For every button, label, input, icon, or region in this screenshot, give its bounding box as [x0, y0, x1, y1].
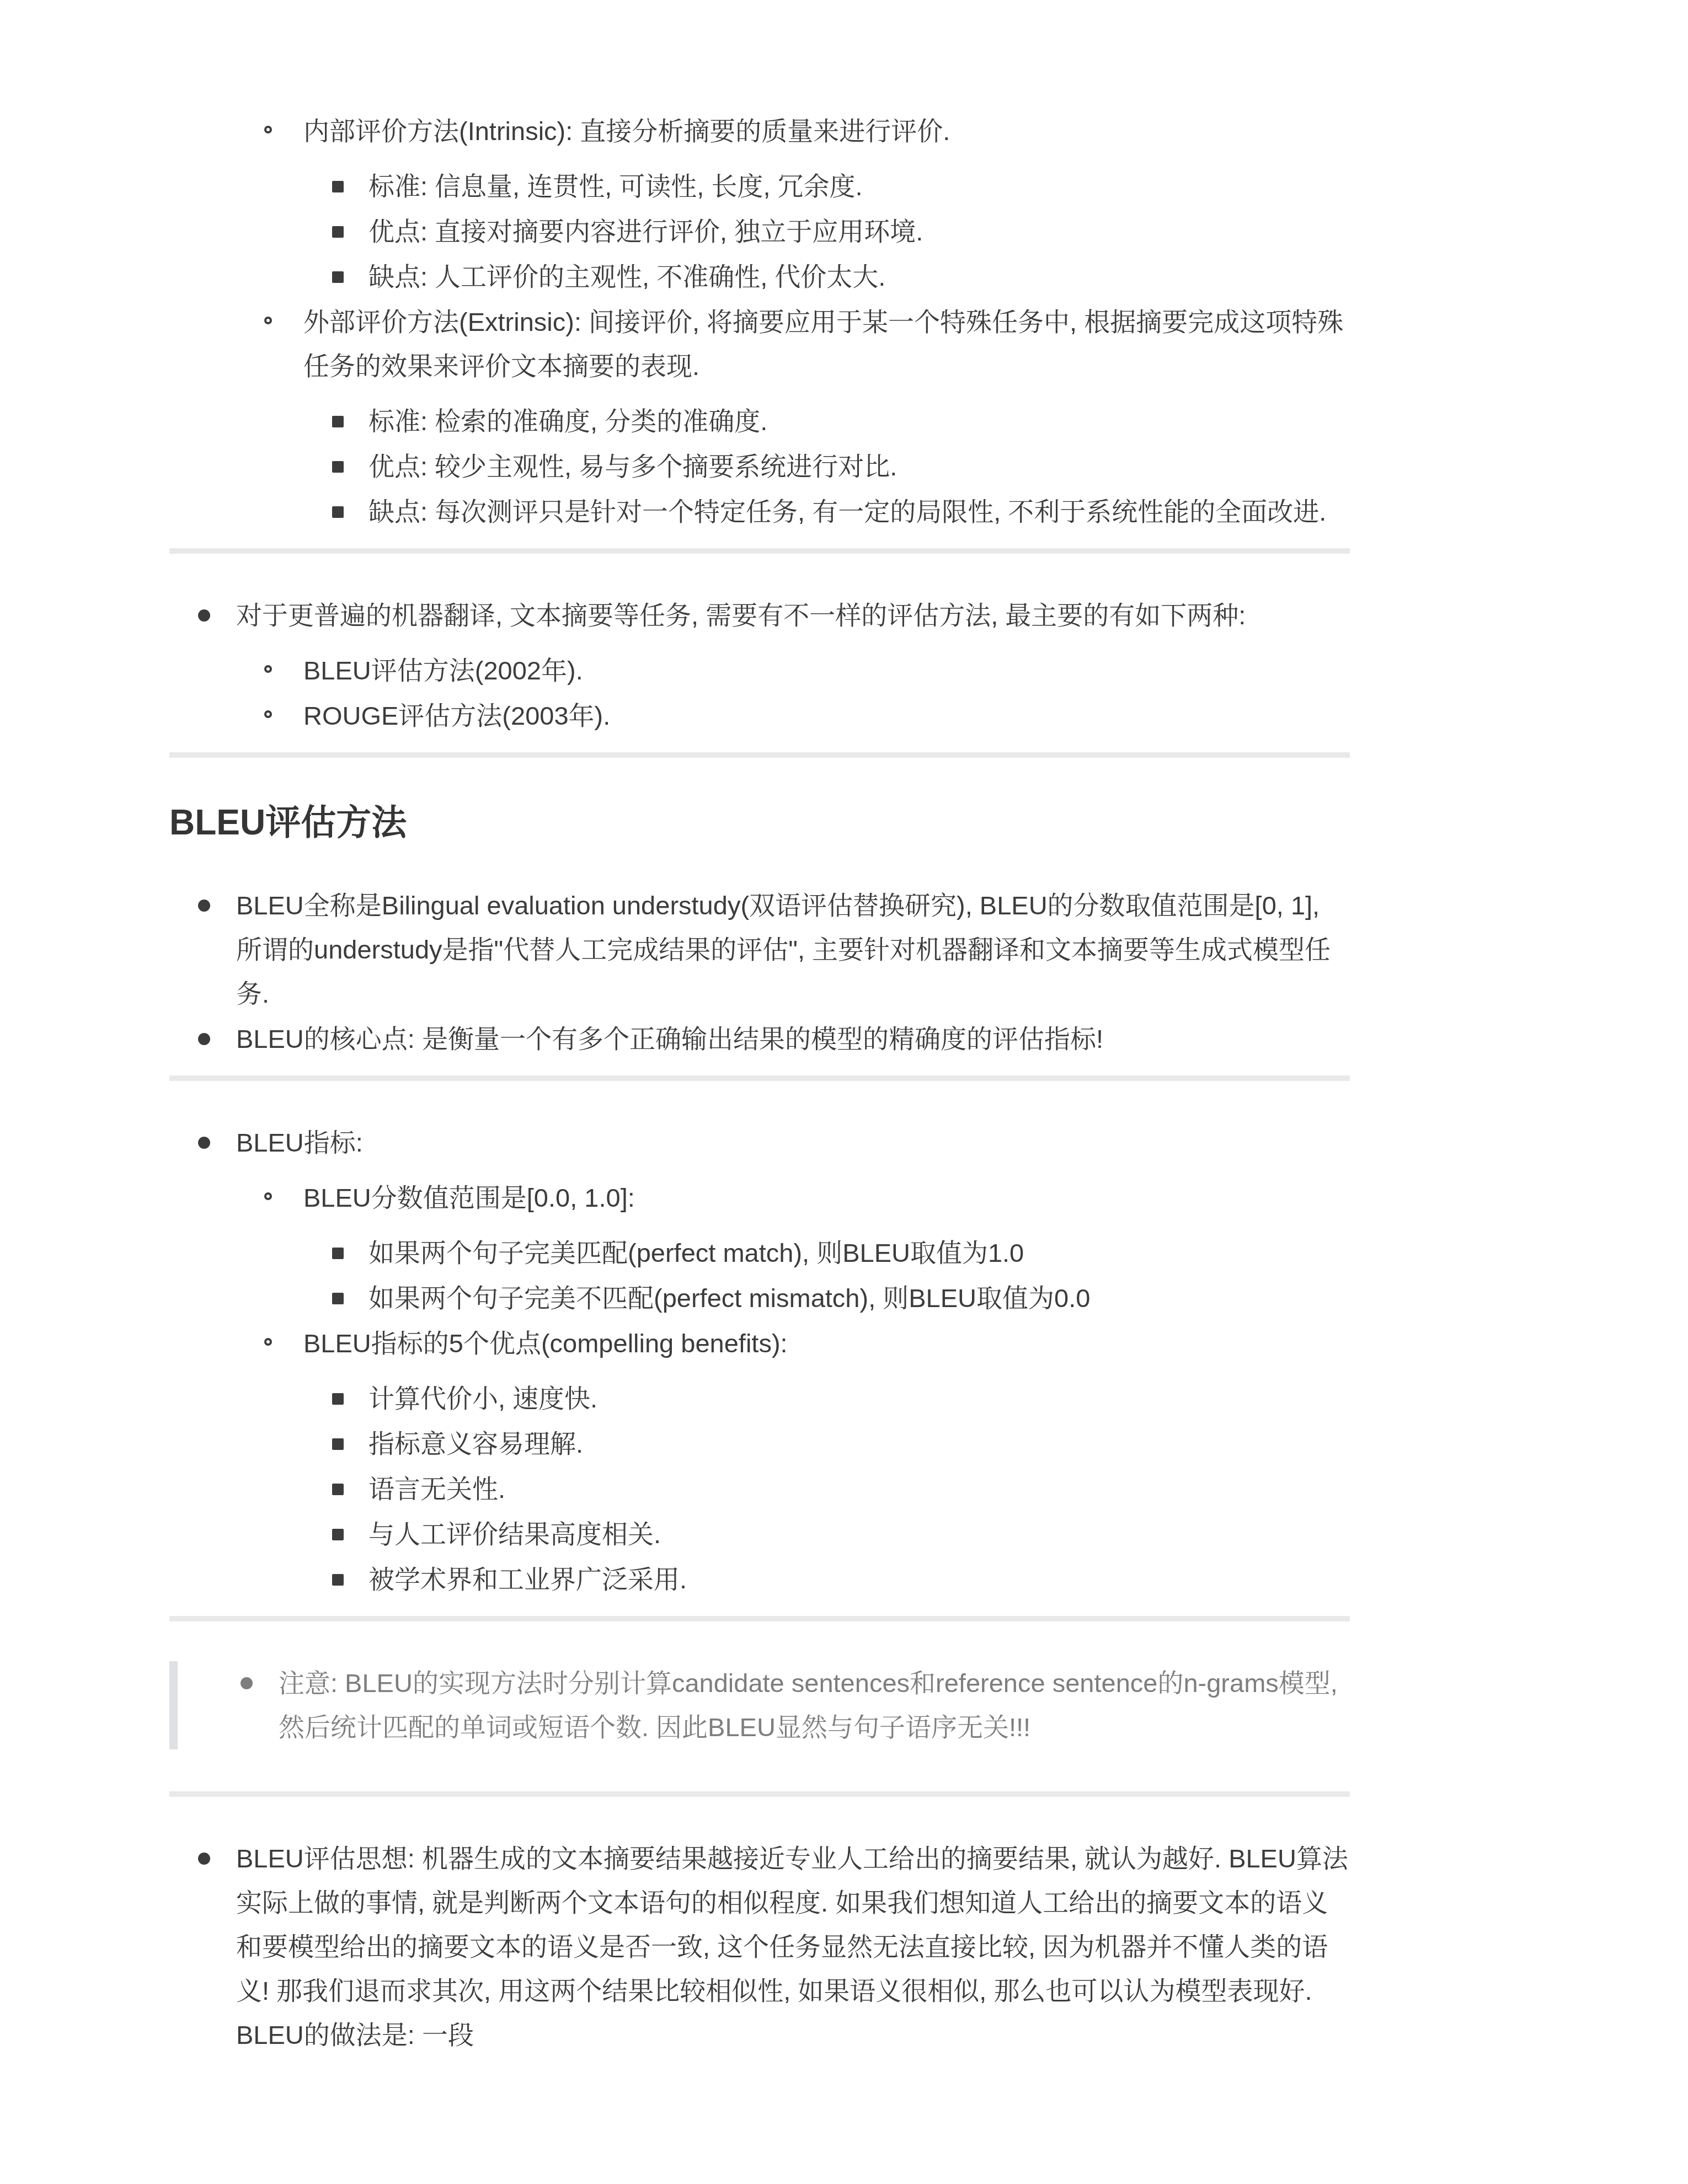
list-item: 优点: 直接对摘要内容进行评价, 独立于应用环境.	[303, 210, 1350, 254]
bleu-intro-list: BLEU全称是Bilingual evaluation understudy(双…	[169, 884, 1350, 1061]
list-item-rouge-method: ROUGE评估方法(2003年).	[236, 694, 1350, 738]
circle-bullet-icon	[264, 126, 272, 133]
list-item-bleu-idea: BLEU评估思想: 机器生成的文本摘要结果越接近专业人工给出的摘要结果, 就认为…	[169, 1837, 1350, 2057]
list-item-text: BLEU全称是Bilingual evaluation understudy(双…	[236, 891, 1331, 1008]
list-item-text: BLEU指标:	[236, 1128, 363, 1157]
disc-bullet-icon	[198, 900, 210, 912]
list-item-text: 缺点: 每次测评只是针对一个特定任务, 有一定的局限性, 不利于系统性能的全面改…	[368, 497, 1326, 526]
list-item-text: 如果两个句子完美不匹配(perfect mismatch), 则BLEU取值为0…	[368, 1283, 1090, 1313]
list-item-text: BLEU评估方法(2002年).	[303, 656, 583, 685]
list-item: 与人工评价结果高度相关.	[303, 1512, 1350, 1556]
disc-bullet-icon	[198, 1853, 210, 1865]
list-item-text: 标准: 信息量, 连贯性, 可读性, 长度, 冗余度.	[368, 172, 863, 201]
evaluation-methods-list: 内部评价方法(Intrinsic): 直接分析摘要的质量来进行评价. 标准: 信…	[169, 109, 1350, 534]
circle-bullet-icon	[264, 710, 272, 718]
list-item-text: BLEU的核心点: 是衡量一个有多个正确输出结果的模型的精确度的评估指标!	[236, 1024, 1103, 1053]
circle-bullet-icon	[264, 317, 272, 324]
square-bullet-icon	[332, 1438, 344, 1450]
square-bullet-icon	[332, 416, 344, 427]
intrinsic-sublist: 标准: 信息量, 连贯性, 可读性, 长度, 冗余度. 优点: 直接对摘要内容进…	[303, 164, 1350, 299]
divider	[169, 1791, 1350, 1797]
list-item-benefits: BLEU指标的5个优点(compelling benefits): 计算代价小,…	[236, 1321, 1350, 1602]
overview-list: 对于更普遍的机器翻译, 文本摘要等任务, 需要有不一样的评估方法, 最主要的有如…	[169, 593, 1350, 738]
divider	[169, 1075, 1350, 1081]
bleu-metric-list: BLEU指标: BLEU分数值范围是[0.0, 1.0]: 如果两个句子完美匹配…	[169, 1121, 1350, 1602]
list-item-text: BLEU评估思想: 机器生成的文本摘要结果越接近专业人工给出的摘要结果, 就认为…	[236, 1844, 1348, 2049]
list-item: 标准: 信息量, 连贯性, 可读性, 长度, 冗余度.	[303, 164, 1350, 208]
list-item-bleu-method: BLEU评估方法(2002年).	[236, 649, 1350, 693]
metric-sublist: BLEU分数值范围是[0.0, 1.0]: 如果两个句子完美匹配(perfect…	[236, 1176, 1350, 1602]
section-heading-bleu: BLEU评估方法	[169, 797, 1350, 847]
disc-bullet-icon	[241, 1677, 253, 1689]
list-item-bleu-fullname: BLEU全称是Bilingual evaluation understudy(双…	[169, 884, 1350, 1016]
square-bullet-icon	[332, 1248, 344, 1259]
extrinsic-sublist: 标准: 检索的准确度, 分类的准确度. 优点: 较少主观性, 易与多个摘要系统进…	[303, 399, 1350, 534]
list-item-score-range: BLEU分数值范围是[0.0, 1.0]: 如果两个句子完美匹配(perfect…	[236, 1176, 1350, 1320]
list-item: 标准: 检索的准确度, 分类的准确度.	[303, 399, 1350, 443]
benefits-sublist: 计算代价小, 速度快. 指标意义容易理解. 语言无关性. 与人工评价结	[303, 1377, 1350, 1602]
list-item-text: BLEU指标的5个优点(compelling benefits):	[303, 1329, 788, 1358]
list-item-text: BLEU分数值范围是[0.0, 1.0]:	[303, 1183, 635, 1212]
square-bullet-icon	[332, 1293, 344, 1304]
square-bullet-icon	[332, 1574, 344, 1586]
list-item-extrinsic: 外部评价方法(Extrinsic): 间接评价, 将摘要应用于某一个特殊任务中,…	[169, 300, 1350, 534]
disc-bullet-icon	[198, 1137, 210, 1149]
list-item: 优点: 较少主观性, 易与多个摘要系统进行对比.	[303, 445, 1350, 489]
list-item: 如果两个句子完美不匹配(perfect mismatch), 则BLEU取值为0…	[303, 1276, 1350, 1320]
list-item-text: 对于更普遍的机器翻译, 文本摘要等任务, 需要有不一样的评估方法, 最主要的有如…	[236, 601, 1246, 630]
range-sublist: 如果两个句子完美匹配(perfect match), 则BLEU取值为1.0 如…	[303, 1231, 1350, 1320]
list-item: 被学术界和工业界广泛采用.	[303, 1557, 1350, 1602]
list-item-bleu-metric: BLEU指标: BLEU分数值范围是[0.0, 1.0]: 如果两个句子完美匹配…	[169, 1121, 1350, 1602]
bleu-idea-list: BLEU评估思想: 机器生成的文本摘要结果越接近专业人工给出的摘要结果, 就认为…	[169, 1837, 1350, 2057]
list-item-text: 计算代价小, 速度快.	[368, 1384, 597, 1413]
divider	[169, 752, 1350, 758]
list-item: 语言无关性.	[303, 1467, 1350, 1511]
list-item-text: 优点: 较少主观性, 易与多个摘要系统进行对比.	[368, 452, 897, 481]
circle-bullet-icon	[264, 665, 272, 673]
list-item-overview: 对于更普遍的机器翻译, 文本摘要等任务, 需要有不一样的评估方法, 最主要的有如…	[169, 593, 1350, 738]
disc-bullet-icon	[198, 609, 210, 622]
square-bullet-icon	[332, 461, 344, 473]
list-item-text: 标准: 检索的准确度, 分类的准确度.	[368, 406, 767, 436]
circle-bullet-icon	[264, 1192, 272, 1200]
list-item-text: 如果两个句子完美匹配(perfect match), 则BLEU取值为1.0	[368, 1238, 1024, 1267]
list-item: 指标意义容易理解.	[303, 1422, 1350, 1466]
square-bullet-icon	[332, 226, 344, 238]
circle-bullet-icon	[264, 1338, 272, 1346]
note-blockquote: 注意: BLEU的实现方法时分别计算candidate sentences和re…	[169, 1661, 1350, 1749]
square-bullet-icon	[332, 1484, 344, 1495]
list-item-bleu-corepoint: BLEU的核心点: 是衡量一个有多个正确输出结果的模型的精确度的评估指标!	[169, 1017, 1350, 1061]
divider	[169, 1616, 1350, 1621]
list-item-text: 与人工评价结果高度相关.	[368, 1519, 661, 1549]
list-item-text: 语言无关性.	[368, 1474, 505, 1503]
note-text: 注意: BLEU的实现方法时分别计算candidate sentences和re…	[279, 1668, 1338, 1742]
list-item-text: 外部评价方法(Extrinsic): 间接评价, 将摘要应用于某一个特殊任务中,…	[303, 307, 1343, 381]
list-item-text: 被学术界和工业界广泛采用.	[368, 1565, 687, 1594]
list-item-text: 内部评价方法(Intrinsic): 直接分析摘要的质量来进行评价.	[303, 116, 950, 146]
disc-bullet-icon	[198, 1033, 210, 1045]
list-item: 计算代价小, 速度快.	[303, 1377, 1350, 1421]
methods-sublist: BLEU评估方法(2002年). ROUGE评估方法(2003年).	[236, 649, 1350, 738]
note-list: 注意: BLEU的实现方法时分别计算candidate sentences和re…	[178, 1661, 1350, 1749]
list-item: 缺点: 每次测评只是针对一个特定任务, 有一定的局限性, 不利于系统性能的全面改…	[303, 490, 1350, 534]
document-page: 内部评价方法(Intrinsic): 直接分析摘要的质量来进行评价. 标准: 信…	[0, 0, 1350, 2057]
square-bullet-icon	[332, 506, 344, 518]
list-item-text: 指标意义容易理解.	[368, 1429, 583, 1458]
list-item-intrinsic: 内部评价方法(Intrinsic): 直接分析摘要的质量来进行评价. 标准: 信…	[169, 109, 1350, 299]
divider	[169, 548, 1350, 554]
list-item: 缺点: 人工评价的主观性, 不准确性, 代价太大.	[303, 255, 1350, 299]
list-item-note: 注意: BLEU的实现方法时分别计算candidate sentences和re…	[178, 1661, 1350, 1749]
list-item-text: ROUGE评估方法(2003年).	[303, 701, 610, 730]
list-item: 如果两个句子完美匹配(perfect match), 则BLEU取值为1.0	[303, 1231, 1350, 1275]
square-bullet-icon	[332, 1529, 344, 1540]
square-bullet-icon	[332, 181, 344, 192]
list-item-text: 优点: 直接对摘要内容进行评价, 独立于应用环境.	[368, 217, 923, 246]
square-bullet-icon	[332, 1393, 344, 1405]
square-bullet-icon	[332, 271, 344, 283]
list-item-text: 缺点: 人工评价的主观性, 不准确性, 代价太大.	[368, 262, 885, 291]
